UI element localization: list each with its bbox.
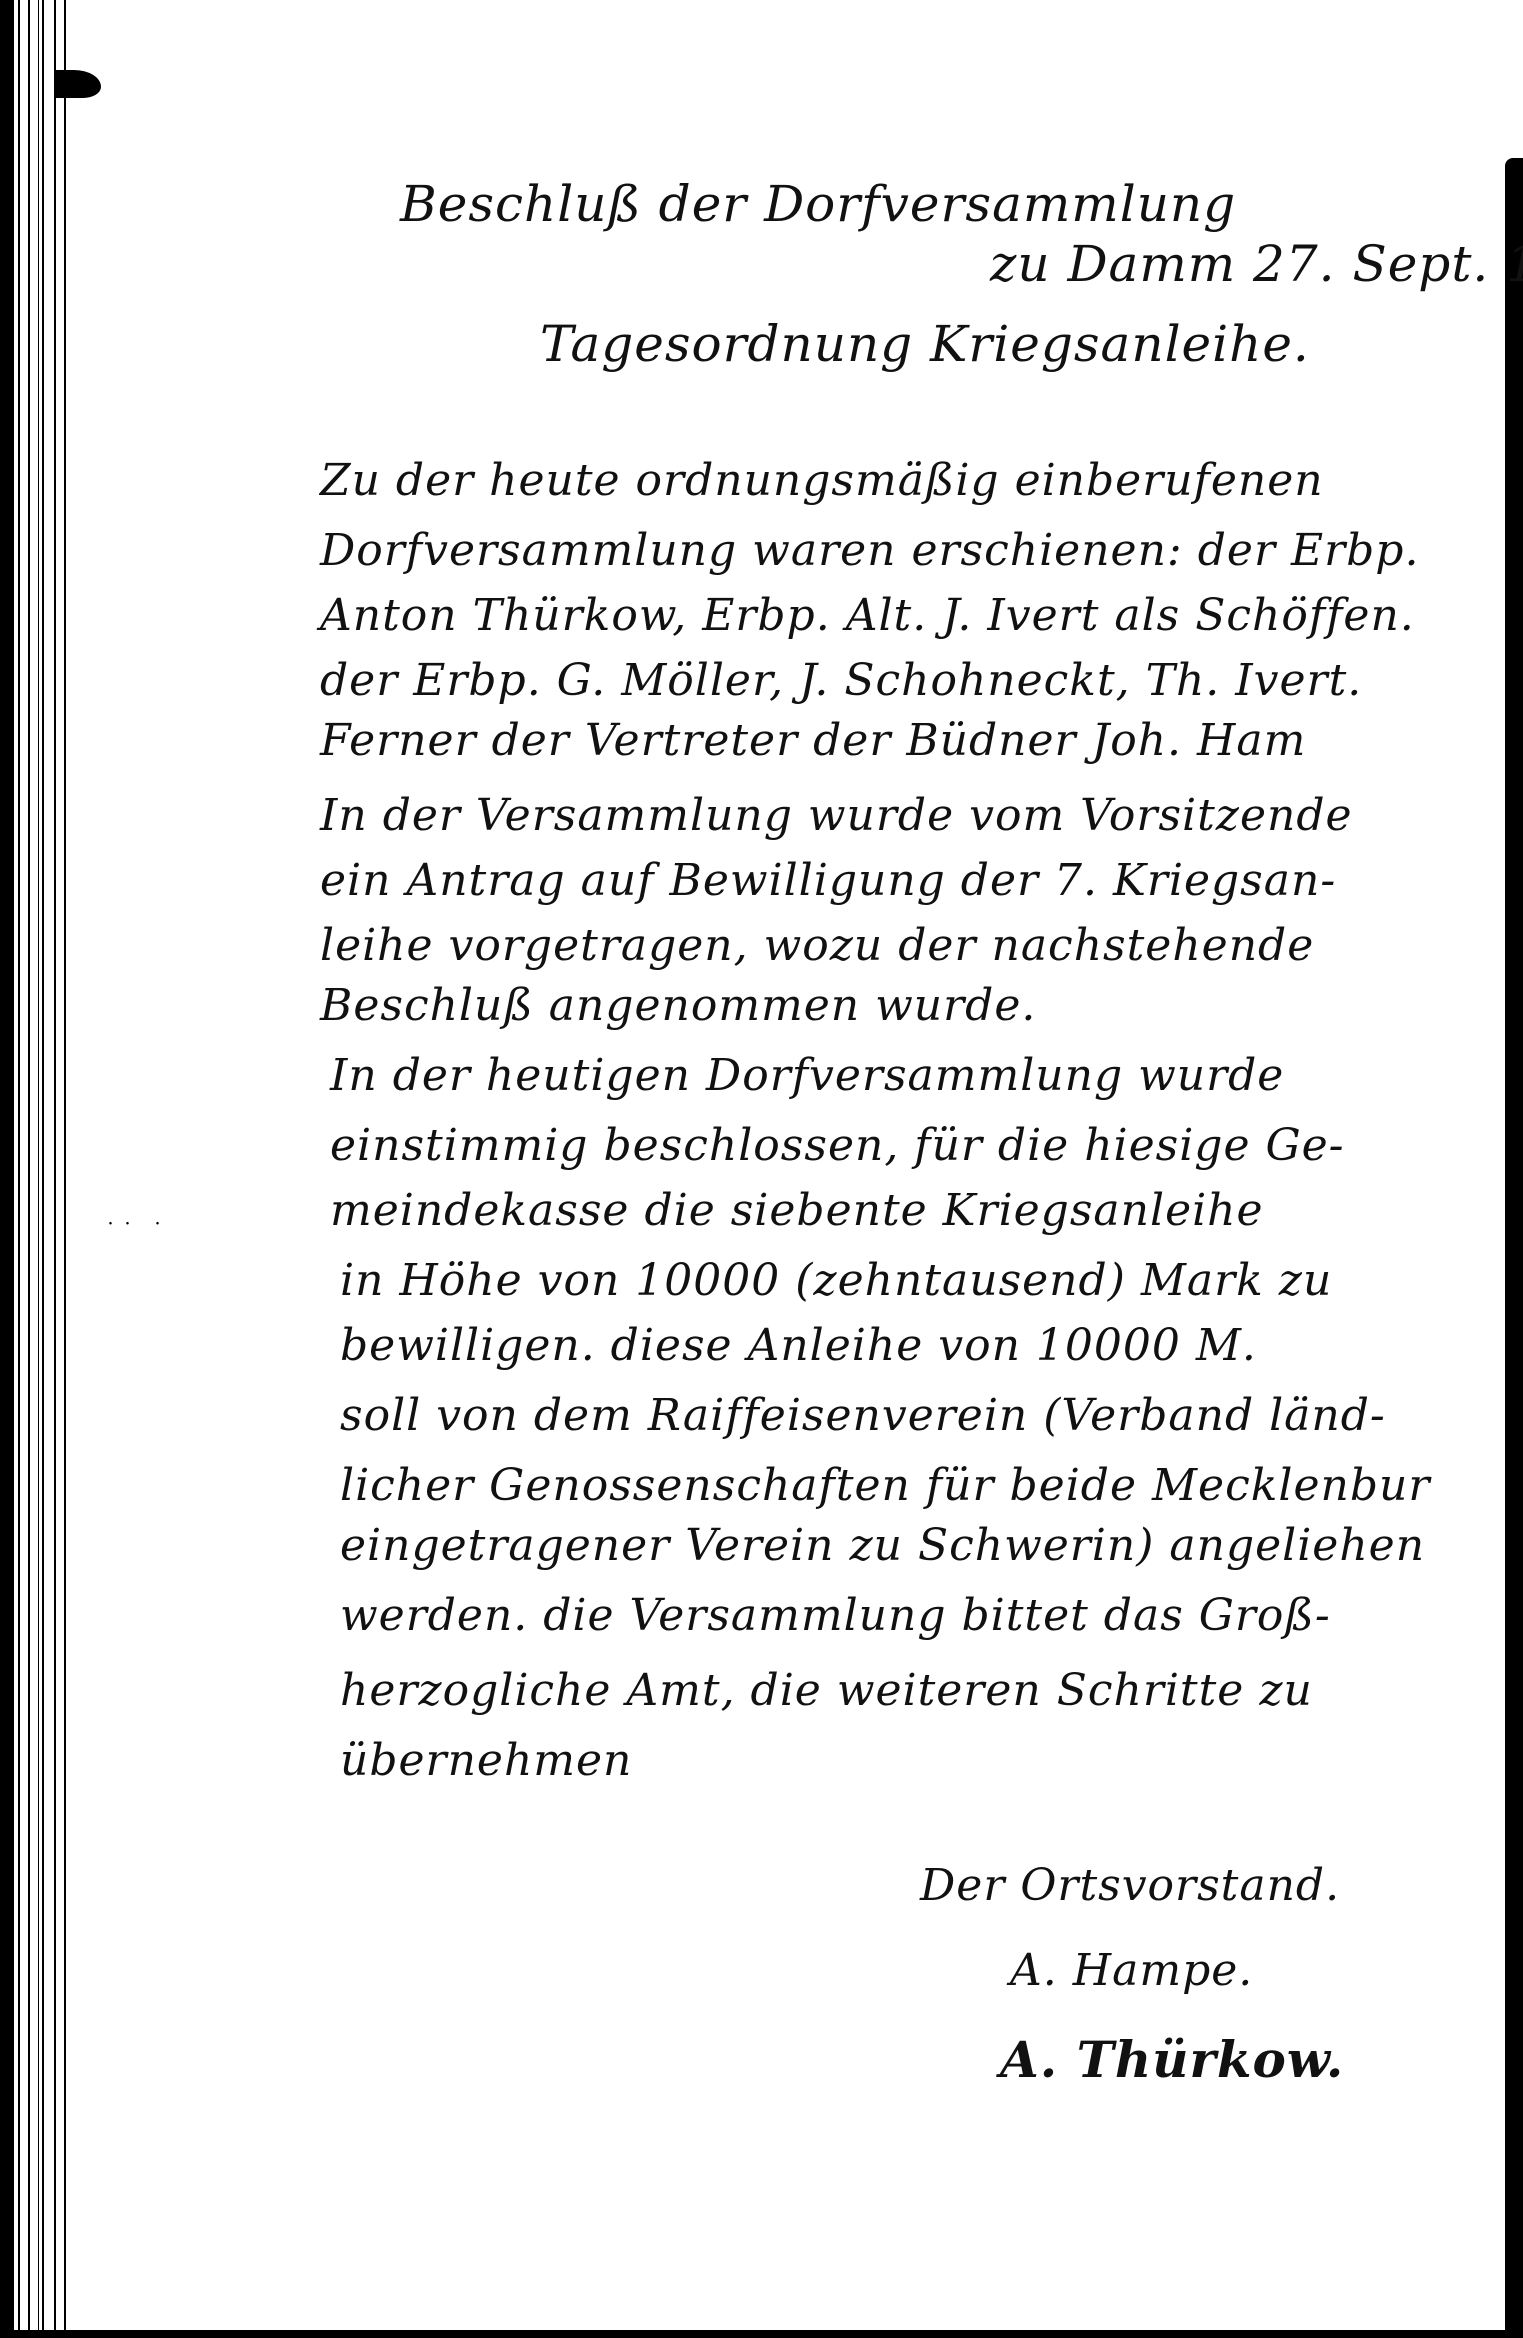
body-line: herzogliche Amt, die weiteren Schritte z… (340, 1665, 1313, 1716)
body-line: In der Versammlung wurde vom Vorsitzende (320, 790, 1353, 841)
body-line: der Erbp. G. Möller, J. Schohneckt, Th. … (320, 655, 1362, 706)
body-line: eingetragener Verein zu Schwerin) angeli… (340, 1520, 1425, 1571)
body-line: werden. die Versammlung bittet das Groß- (340, 1590, 1331, 1641)
body-line: licher Genossenschaften für beide Meckle… (340, 1460, 1430, 1511)
body-line: Ferner der Vertreter der Büdner Joh. Ham (320, 715, 1306, 766)
signature-hampe: A. Hampe. (1010, 1945, 1253, 1996)
body-line: Dorfversammlung waren erschienen: der Er… (320, 525, 1419, 576)
document-agenda: Tagesordnung Kriegsanleihe. (540, 315, 1310, 373)
signature-heading: Der Ortsvorstand. (920, 1860, 1340, 1911)
body-line: Beschluß angenommen wurde. (320, 980, 1036, 1031)
margin-marks: ˙˙ ˙ (105, 1220, 169, 1245)
body-line: Zu der heute ordnungsmäßig einberufenen (320, 455, 1324, 506)
signature-thuerkow: A. Thürkow. (1000, 2030, 1344, 2089)
body-line: in Höhe von 10000 (zehntausend) Mark zu (340, 1255, 1332, 1306)
page-right-edge (1505, 158, 1523, 2338)
ink-blot (56, 70, 101, 98)
body-line: ein Antrag auf Bewilligung der 7. Kriegs… (320, 855, 1336, 906)
body-line: meindekasse die siebente Kriegsanleihe (330, 1185, 1264, 1236)
body-line: soll von dem Raiffeisenverein (Verband l… (340, 1390, 1386, 1441)
document-title: Beschluß der Dorfversammlung (400, 175, 1236, 233)
body-line: In der heutigen Dorfversammlung wurde (330, 1050, 1284, 1101)
body-line: übernehmen (340, 1735, 632, 1786)
document-page: ˙˙ ˙ Beschluß der Dorfversammlung zu Dam… (0, 0, 1523, 2338)
body-line: einstimmig beschlossen, für die hiesige … (330, 1120, 1345, 1171)
body-line: bewilligen. diese Anleihe von 10000 M. (340, 1320, 1257, 1371)
document-date: zu Damm 27. Sept. 1917 (990, 235, 1523, 293)
body-line: Anton Thürkow, Erbp. Alt. J. Ivert als S… (320, 590, 1415, 641)
body-line: leihe vorgetragen, wozu der nachstehende (320, 920, 1314, 971)
page-bottom-edge (0, 2330, 1523, 2338)
binding-edge (0, 0, 70, 2338)
